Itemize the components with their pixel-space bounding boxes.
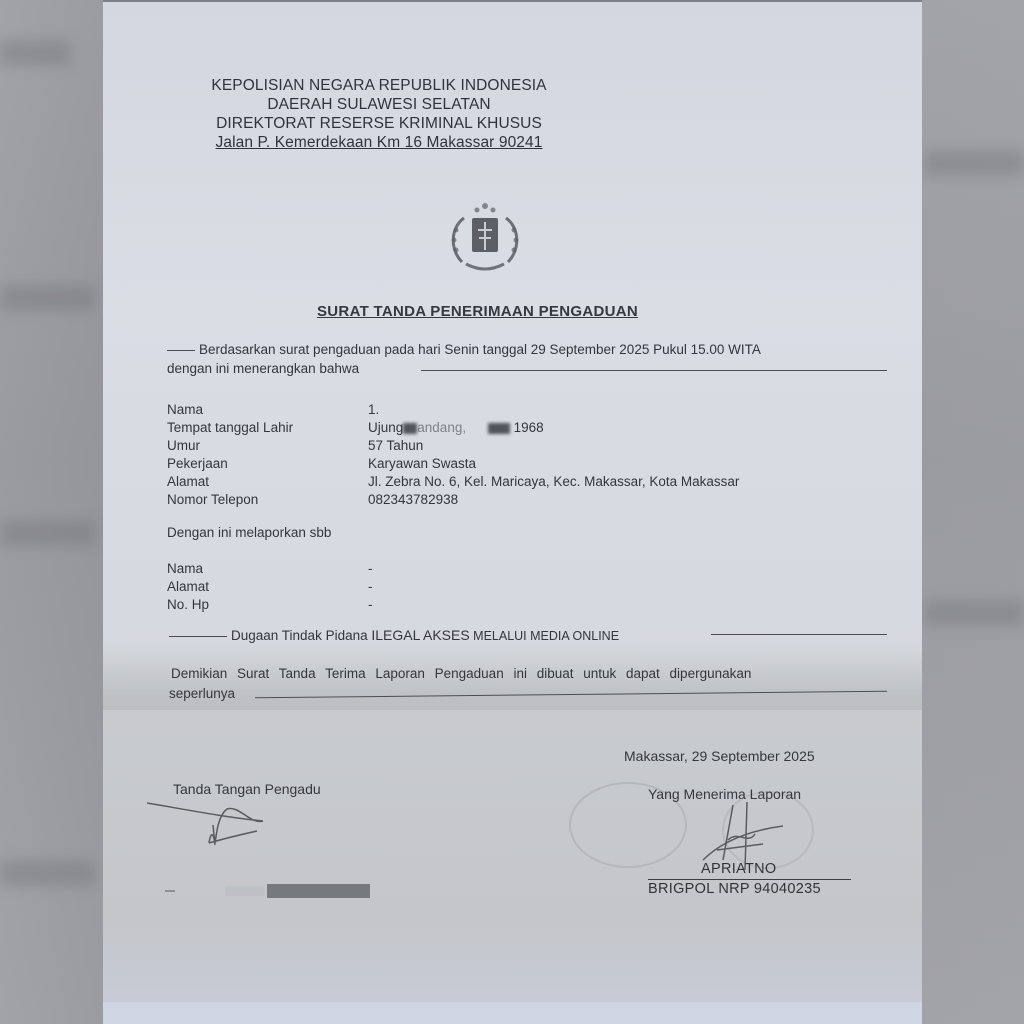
background-blur [0,285,95,311]
closing-line-2: seperlunya [169,686,235,701]
birthplace-prefix: Ujung [368,420,403,435]
field-label: No. Hp [167,596,209,614]
field-value: 1. [368,401,379,419]
letterhead-address: Jalan P. Kemerdekaan Km 16 Makassar 9024… [183,133,575,152]
field-label: Nama [167,560,203,578]
redaction-block [488,423,510,434]
field-label: Nomor Telepon [167,491,258,509]
leading-dash [169,636,227,637]
place-date: Makassar, 29 September 2025 [624,748,815,764]
complainant-signature [143,795,283,855]
field-value: - [368,578,373,596]
police-emblem-icon [444,200,526,276]
leading-dash [167,350,195,351]
field-value: - [368,560,373,578]
intro-line-1: Berdasarkan surat pengaduan pada hari Se… [167,342,761,357]
field-value: Karyawan Swasta [368,455,476,473]
letterhead-line-2: DAERAH SULAWESI SELATAN [183,95,575,114]
field-value: 57 Tahun [368,437,423,455]
fill-line [711,634,887,635]
reported-intro: Dengan ini melaporkan sbb [167,525,331,540]
intro-line-2: dengan ini menerangkan bahwa [167,361,359,376]
redacted-complainant-name [165,884,370,898]
field-label: Pekerjaan [167,455,228,473]
letterhead: KEPOLISIAN NEGARA REPUBLIK INDONESIA DAE… [183,76,575,152]
field-label: Umur [167,437,200,455]
field-label: Alamat [167,578,209,596]
closing-line-1: Demikian Surat Tanda Terima Laporan Peng… [171,666,751,681]
document-paper: KEPOLISIAN NEGARA REPUBLIK INDONESIA DAE… [103,0,922,1024]
paper-bottom-edge [103,1002,922,1024]
letterhead-line-1: KEPOLISIAN NEGARA REPUBLIK INDONESIA [183,76,575,95]
allegation-offense: ILEGAL AKSES [371,627,469,643]
allegation-suffix: MELALUI MEDIA ONLINE [470,629,619,643]
birthplace-suffix: andang, [417,420,466,435]
intro-text-1: Berdasarkan surat pengaduan pada hari Se… [199,342,761,357]
background-blur [925,150,1024,176]
field-value: 082343782938 [368,491,458,509]
document-title: SURAT TANDA PENERIMAAN PENGADUAN [317,303,638,320]
officer-rank: BRIGPOL NRP 94040235 [648,881,821,897]
field-value-redacted: Ujungandang, 1968 [368,419,544,437]
redaction-block [403,423,417,434]
allegation-prefix: Dugaan Tindak Pidana [231,628,371,643]
background-blur [0,860,95,886]
letterhead-line-3: DIREKTORAT RESERSE KRIMINAL KHUSUS [183,114,575,133]
allegation-line: Dugaan Tindak Pidana ILEGAL AKSES MELALU… [169,627,619,643]
officer-name: APRIATNO [701,861,776,877]
field-label: Alamat [167,473,209,491]
field-value: Jl. Zebra No. 6, Kel. Maricaya, Kec. Mak… [368,473,739,491]
background-blur [925,600,1024,626]
field-label: Tempat tanggal Lahir [167,419,293,437]
background-blur [0,40,70,66]
background-blur [0,520,95,546]
signature-rule [648,879,851,880]
birth-year: 1968 [514,420,544,435]
field-value: - [368,596,373,614]
field-label: Nama [167,401,203,419]
fill-line [421,370,887,371]
